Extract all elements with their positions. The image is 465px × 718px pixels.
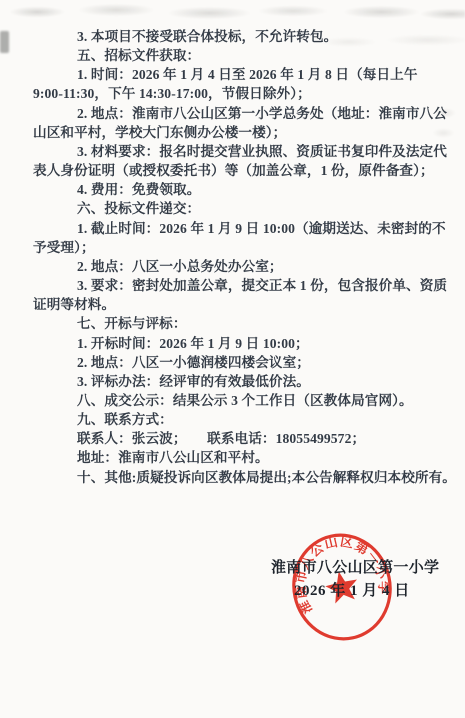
text-line: 9:00-11:30，下午 14:30-17:00，节假日除外）；	[33, 84, 461, 103]
text-line: 七、开标与评标：	[33, 314, 461, 333]
text-line: 八、成交公示：结果公示 3 个工作日（区教体局官网）。	[33, 391, 461, 410]
text-line: 六、投标文件递交：	[33, 199, 461, 218]
text-line: 地址：淮南市八公山区和平村。	[33, 448, 461, 467]
text-line: 九、联系方式：	[33, 410, 461, 429]
text-line: 1. 开标时间：2026 年 1 月 9 日 10:00；	[33, 334, 461, 353]
document-body: 3. 本项目不接受联合体投标，不允许转包。五、招标文件获取：1. 时间：2026…	[33, 27, 461, 487]
text-line: 1. 时间：2026 年 1 月 4 日至 2026 年 1 月 8 日（每日上…	[33, 65, 461, 84]
text-line: 联系人：张云波； 联系电话：18055499572；	[33, 429, 461, 448]
signature-date: 2026 年 1 月 4 日	[294, 579, 410, 600]
text-line: 予受理）；	[33, 238, 461, 257]
text-line: 表人身份证明（或授权委托书）等（加盖公章，1 份，原件备查）；	[33, 161, 461, 180]
text-line: 五、招标文件获取：	[33, 46, 461, 65]
text-line: 证明等材料。	[33, 295, 461, 314]
text-line: 1. 截止时间：2026 年 1 月 9 日 10:00（逾期送达、未密封的不	[33, 219, 461, 238]
text-line: 3. 要求：密封处加盖公章，提交正本 1 份，包含报价单、资质	[33, 276, 461, 295]
text-line: 2. 地点：八区一小总务处办公室；	[33, 257, 461, 276]
text-line: 4. 费用：免费领取。	[33, 180, 461, 199]
text-line: 3. 本项目不接受联合体投标，不允许转包。	[33, 27, 461, 46]
scan-edge-artifact	[0, 31, 9, 53]
signature-school-name: 淮南市八公山区第一小学	[271, 556, 439, 577]
text-line: 2. 地点：淮南市八公山区第一小学总务处（地址：淮南市八公	[33, 104, 461, 123]
text-line: 十、其他:质疑投诉向区教体局提出;本公告解释权归本校所有。	[33, 468, 461, 487]
text-line: 山区和平村，学校大门东侧办公楼一楼）；	[33, 123, 461, 142]
text-line: 3. 评标办法：经评审的有效最低价法。	[33, 372, 461, 391]
text-line: 3. 材料要求：报名时提交营业执照、资质证书复印件及法定代	[33, 142, 461, 161]
document-page: 3. 本项目不接受联合体投标，不允许转包。五、招标文件获取：1. 时间：2026…	[0, 0, 465, 718]
text-line: 2. 地点：八区一小德润楼四楼会议室；	[33, 353, 461, 372]
